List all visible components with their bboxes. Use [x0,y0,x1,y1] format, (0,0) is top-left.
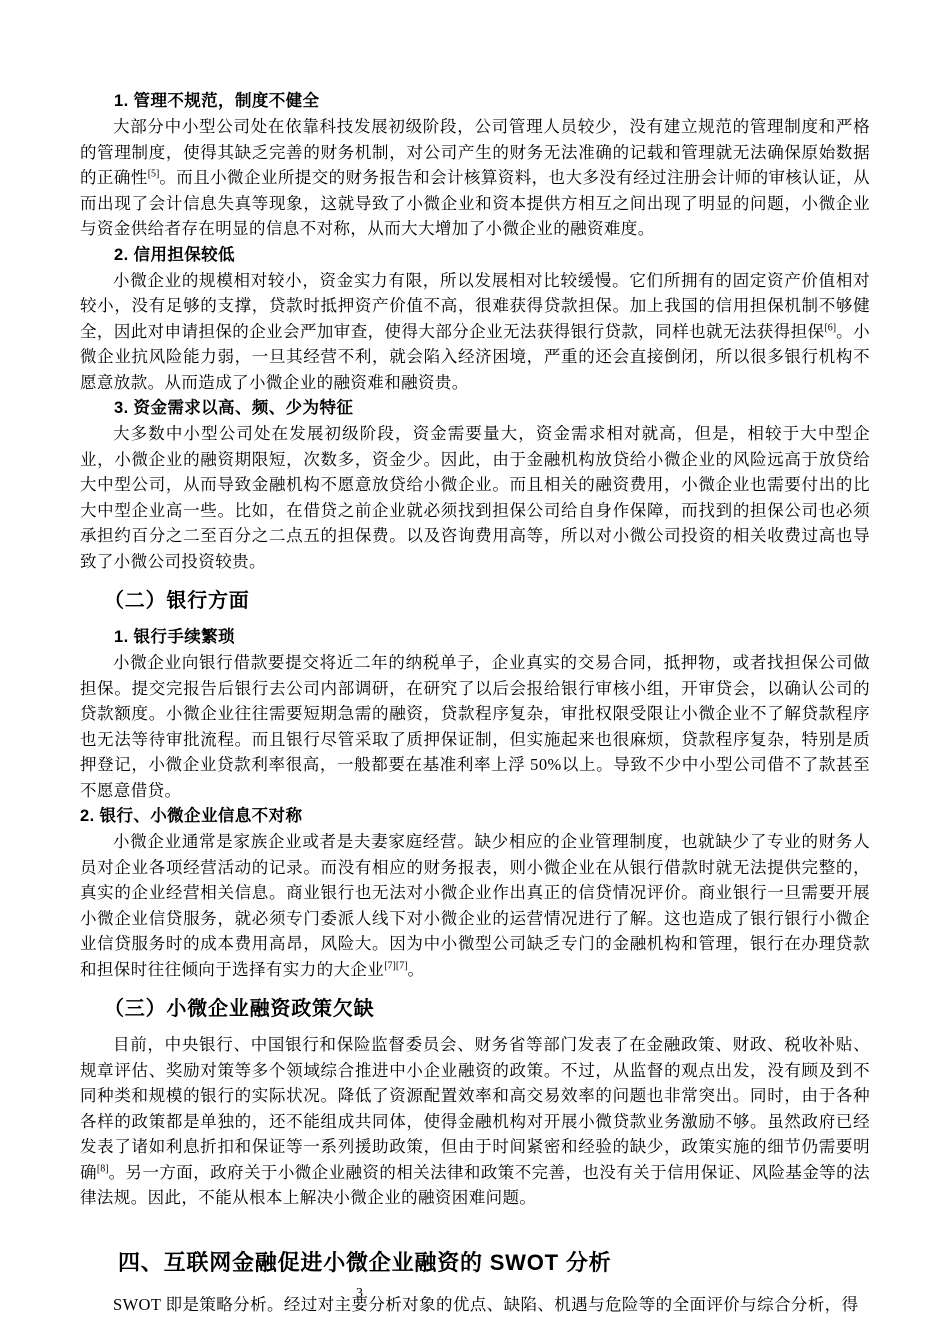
body-paragraph: 小微企业向银行借款要提交将近二年的纳税单子，企业真实的交易合同，抵押物，或者找担… [80,650,870,803]
subsection-heading: 1. 银行手续繁琐 [80,624,870,650]
body-paragraph: 小微企业通常是家族企业或者是夫妻家庭经营。缺少相应的企业管理制度，也就缺少了专业… [80,829,870,982]
section-heading-level2: （三）小微企业融资政策欠缺 [80,995,870,1023]
subsection-heading: 2. 信用担保较低 [80,242,870,268]
footnote-ref: [6] [824,322,836,333]
text-run: 目前，中央银行、中国银行和保险监督委员会、财务省等部门发表了在金融政策、财政、税… [80,1035,870,1182]
section-heading-level2: （二）银行方面 [80,587,870,615]
section-heading-level1: 四、互联网金融促进小微企业融资的 SWOT 分析 [80,1247,870,1279]
subsection-heading: 1. 管理不规范，制度不健全 [80,88,870,114]
body-paragraph: 大多数中小型公司处在发展初级阶段，资金需要量大，资金需求相对就高，但是，相较于大… [80,421,870,574]
body-paragraph: SWOT 即是策略分析。经过对主要分析对象的优点、缺陷、机遇与危险等的全面评价与… [80,1292,870,1318]
body-paragraph: 大部分中小型公司处在依靠科技发展初级阶段，公司管理人员较少，没有建立规范的管理制… [80,114,870,242]
page-number: 3 [356,1286,363,1302]
text-run: 小微企业通常是家族企业或者是夫妻家庭经营。缺少相应的企业管理制度，也就缺少了专业… [80,832,870,979]
document-page: { "document": { "blocks": [ { "type": "h… [0,0,950,1344]
text-run: 。另一方面，政府关于小微企业融资的相关法律和政策不完善，也没有关于信用保证、风险… [80,1163,870,1208]
subsection-heading: 3. 资金需求以高、频、少为特征 [80,395,870,421]
footnote-ref: [8] [97,1163,109,1174]
footnote-ref: [5] [148,169,160,180]
text-run: 大多数中小型公司处在发展初级阶段，资金需要量大，资金需求相对就高，但是，相较于大… [80,424,870,571]
subsection-heading: 2. 银行、小微企业信息不对称 [80,803,870,829]
footnote-ref: [7][7] [384,960,407,971]
text-run: 。而且小微企业所提交的财务报告和会计核算资料，也大多没有经过注册会计师的审核认证… [80,168,870,238]
text-run: SWOT 即是策略分析。经过对主要分析对象的优点、缺陷、机遇与危险等的全面评价与… [113,1295,858,1314]
body-paragraph: 目前，中央银行、中国银行和保险监督委员会、财务省等部门发表了在金融政策、财政、税… [80,1032,870,1211]
body-paragraph: 小微企业的规模相对较小，资金实力有限，所以发展相对比较缓慢。它们所拥有的固定资产… [80,268,870,396]
text-run: 小微企业的规模相对较小，资金实力有限，所以发展相对比较缓慢。它们所拥有的固定资产… [80,271,870,341]
document-content: 1. 管理不规范，制度不健全大部分中小型公司处在依靠科技发展初级阶段，公司管理人… [80,88,870,1317]
text-run: 小微企业向银行借款要提交将近二年的纳税单子，企业真实的交易合同，抵押物，或者找担… [80,653,870,800]
text-run: 。 [408,960,425,979]
